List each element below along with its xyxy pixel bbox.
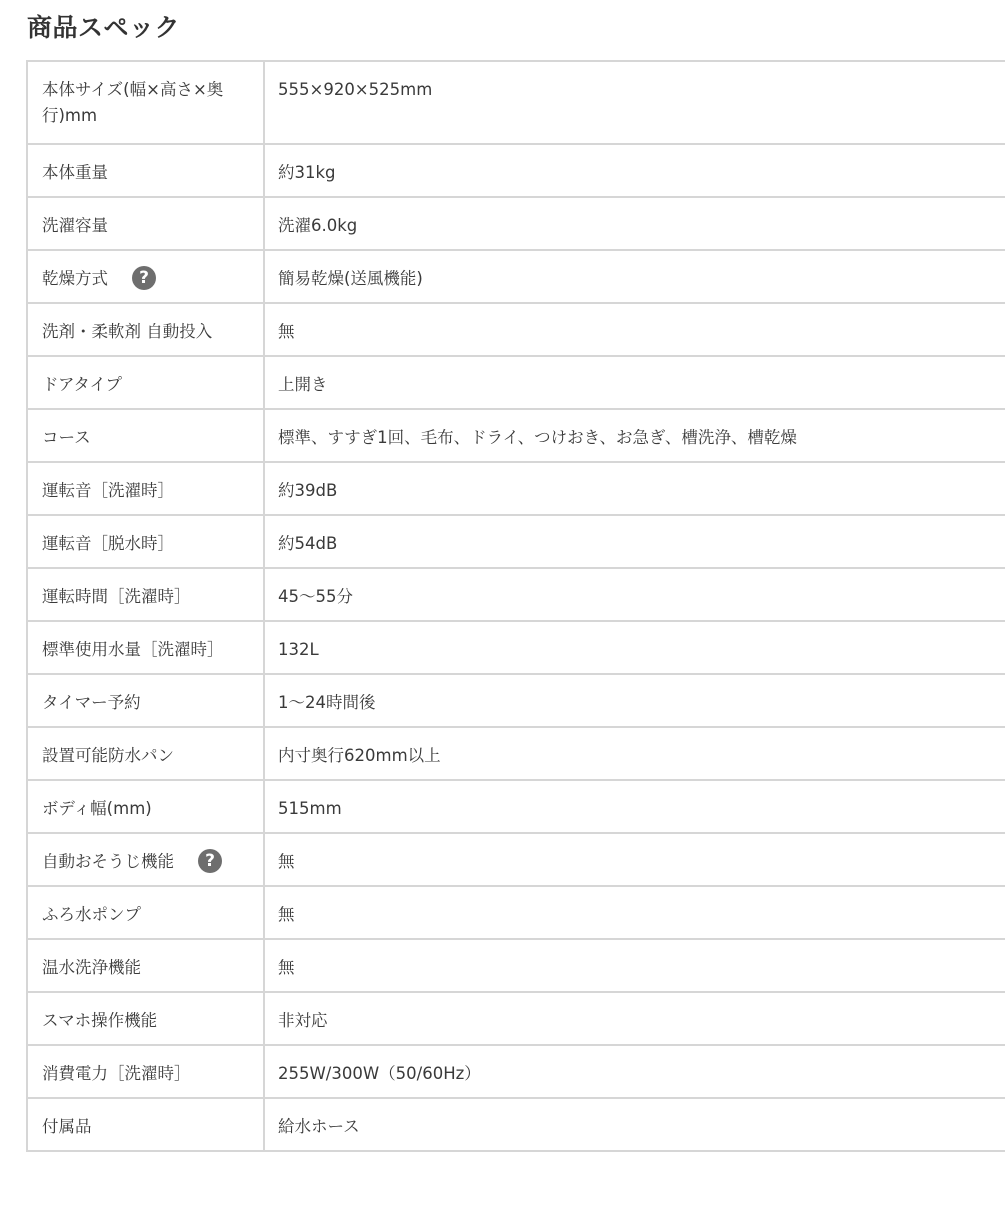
spec-label: スマホ操作機能 — [27, 992, 264, 1045]
spec-label: ボディ幅(mm) — [27, 780, 264, 833]
spec-row-detergent: 洗剤・柔軟剤 自動投入 無 — [27, 303, 1005, 356]
spec-value: 簡易乾燥(送風機能) — [264, 250, 1005, 303]
spec-label: 本体重量 — [27, 144, 264, 197]
spec-value: 約39dB — [264, 462, 1005, 515]
spec-label: 自動おそうじ機能? — [27, 833, 264, 886]
spec-value: 非対応 — [264, 992, 1005, 1045]
spec-row-hot-water: 温水洗浄機能 無 — [27, 939, 1005, 992]
spec-row-door: ドアタイプ 上開き — [27, 356, 1005, 409]
spec-row-noise-wash: 運転音［洗濯時］ 約39dB — [27, 462, 1005, 515]
spec-row-power: 消費電力［洗濯時］ 255W/300W（50/60Hz） — [27, 1045, 1005, 1098]
spec-row-size: 本体サイズ(幅×高さ×奥行)mm 555×920×525mm — [27, 61, 1005, 144]
spec-value: 上開き — [264, 356, 1005, 409]
spec-value: 内寸奥行620mm以上 — [264, 727, 1005, 780]
spec-label: ふろ水ポンプ — [27, 886, 264, 939]
spec-label: 付属品 — [27, 1098, 264, 1151]
spec-label: 消費電力［洗濯時］ — [27, 1045, 264, 1098]
spec-value: 無 — [264, 833, 1005, 886]
spec-label: 標準使用水量［洗濯時］ — [27, 621, 264, 674]
spec-row-weight: 本体重量 約31kg — [27, 144, 1005, 197]
spec-value: 255W/300W（50/60Hz） — [264, 1045, 1005, 1098]
spec-label: コース — [27, 409, 264, 462]
spec-row-smartphone: スマホ操作機能 非対応 — [27, 992, 1005, 1045]
spec-row-timer: タイマー予約 1〜24時間後 — [27, 674, 1005, 727]
page-title: 商品スペック — [27, 8, 180, 44]
spec-label: 乾燥方式? — [27, 250, 264, 303]
spec-row-body-width: ボディ幅(mm) 515mm — [27, 780, 1005, 833]
spec-row-pan: 設置可能防水パン 内寸奥行620mm以上 — [27, 727, 1005, 780]
spec-label: 運転音［洗濯時］ — [27, 462, 264, 515]
spec-label-text: 乾燥方式 — [42, 269, 108, 288]
spec-value: 洗濯6.0kg — [264, 197, 1005, 250]
spec-value: 45〜55分 — [264, 568, 1005, 621]
spec-row-bath-pump: ふろ水ポンプ 無 — [27, 886, 1005, 939]
spec-row-runtime: 運転時間［洗濯時］ 45〜55分 — [27, 568, 1005, 621]
spec-value: 515mm — [264, 780, 1005, 833]
spec-row-water: 標準使用水量［洗濯時］ 132L — [27, 621, 1005, 674]
spec-row-drying: 乾燥方式? 簡易乾燥(送風機能) — [27, 250, 1005, 303]
spec-value: 約31kg — [264, 144, 1005, 197]
spec-label: 設置可能防水パン — [27, 727, 264, 780]
spec-label: 運転時間［洗濯時］ — [27, 568, 264, 621]
spec-value: 無 — [264, 303, 1005, 356]
spec-value: 無 — [264, 939, 1005, 992]
spec-label: 洗濯容量 — [27, 197, 264, 250]
spec-row-capacity: 洗濯容量 洗濯6.0kg — [27, 197, 1005, 250]
spec-value: 約54dB — [264, 515, 1005, 568]
spec-label: 洗剤・柔軟剤 自動投入 — [27, 303, 264, 356]
help-icon[interactable]: ? — [132, 266, 156, 290]
spec-row-auto-clean: 自動おそうじ機能? 無 — [27, 833, 1005, 886]
spec-label: 温水洗浄機能 — [27, 939, 264, 992]
help-icon[interactable]: ? — [198, 849, 222, 873]
spec-label: 運転音［脱水時］ — [27, 515, 264, 568]
spec-row-accessories: 付属品 給水ホース — [27, 1098, 1005, 1151]
spec-table: 本体サイズ(幅×高さ×奥行)mm 555×920×525mm 本体重量 約31k… — [26, 60, 1005, 1152]
spec-value: 132L — [264, 621, 1005, 674]
spec-row-noise-spin: 運転音［脱水時］ 約54dB — [27, 515, 1005, 568]
spec-label-text: 自動おそうじ機能 — [42, 852, 174, 871]
spec-label-text: 本体サイズ(幅×高さ×奥行)mm — [42, 80, 223, 125]
spec-label: タイマー予約 — [27, 674, 264, 727]
spec-value: 555×920×525mm — [264, 61, 1005, 144]
spec-label: ドアタイプ — [27, 356, 264, 409]
spec-row-course: コース 標準、すすぎ1回、毛布、ドライ、つけおき、お急ぎ、槽洗浄、槽乾燥 — [27, 409, 1005, 462]
spec-label: 本体サイズ(幅×高さ×奥行)mm — [27, 61, 264, 144]
spec-value: 給水ホース — [264, 1098, 1005, 1151]
spec-value: 1〜24時間後 — [264, 674, 1005, 727]
spec-value: 無 — [264, 886, 1005, 939]
spec-value: 標準、すすぎ1回、毛布、ドライ、つけおき、お急ぎ、槽洗浄、槽乾燥 — [264, 409, 1005, 462]
